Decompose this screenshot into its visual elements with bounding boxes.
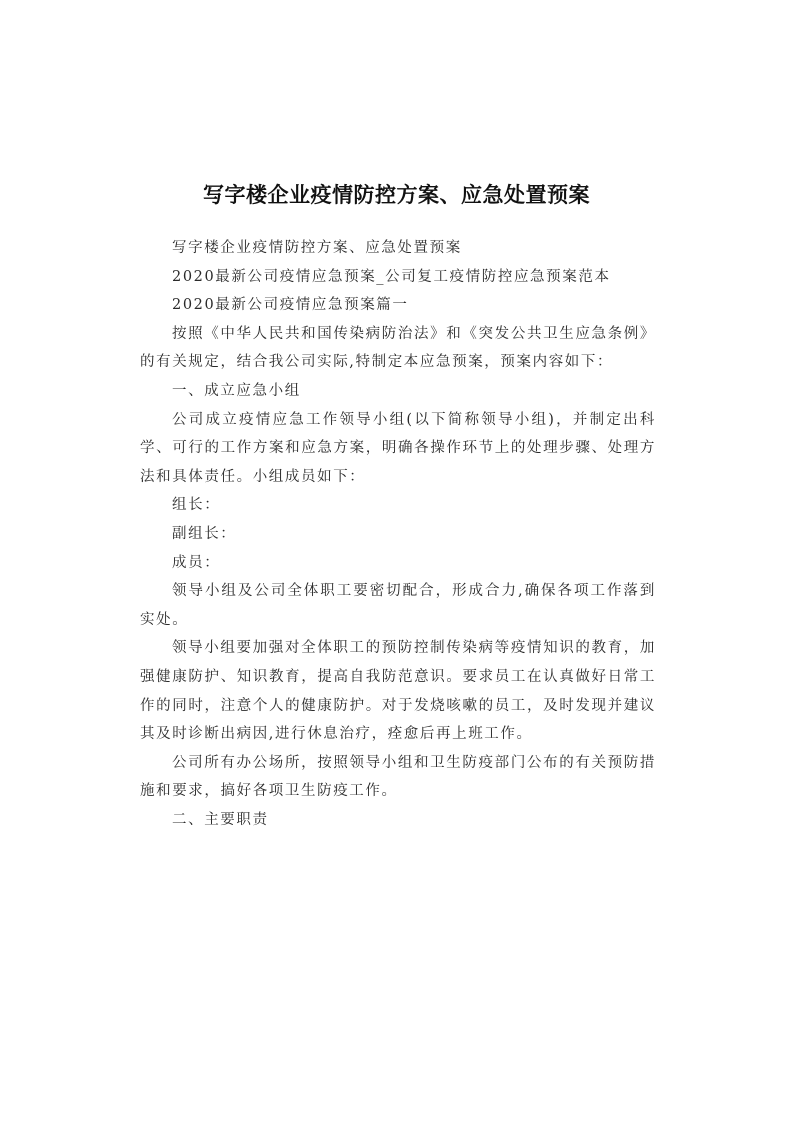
paragraph-cooperation: 领导小组及公司全体职工要密切配合，形成合力,确保各项工作落到实处。 [140, 577, 656, 634]
paragraph-education: 领导小组要加强对全体职工的预防控制传染病等疫情知识的教育，加强健康防护、知识教育… [140, 634, 656, 748]
paragraph-source-title: 2020最新公司疫情应急预案_公司复工疫情防控应急预案范本 [140, 263, 656, 292]
document-title: 写字楼企业疫情防控方案、应急处置预案 [0, 181, 793, 209]
paragraph-part-one: 2020最新公司疫情应急预案篇一 [140, 291, 656, 320]
paragraph-team-setup: 公司成立疫情应急工作领导小组(以下简称领导小组)，并制定出科学、可行的工作方案和… [140, 406, 656, 492]
section-heading-1: 一、成立应急小组 [140, 377, 656, 406]
section-heading-2: 二、主要职责 [140, 806, 656, 835]
paragraph-subtitle: 写字楼企业疫情防控方案、应急处置预案 [140, 234, 656, 263]
paragraph-intro: 按照《中华人民共和国传染病防治法》和《突发公共卫生应急条例》的有关规定，结合我公… [140, 320, 656, 377]
document-body: 写字楼企业疫情防控方案、应急处置预案 2020最新公司疫情应急预案_公司复工疫情… [140, 234, 656, 834]
paragraph-members: 成员： [140, 549, 656, 578]
document-page: 写字楼企业疫情防控方案、应急处置预案 写字楼企业疫情防控方案、应急处置预案 20… [0, 0, 793, 1122]
paragraph-deputy-leader: 副组长： [140, 520, 656, 549]
paragraph-leader: 组长： [140, 491, 656, 520]
paragraph-offices: 公司所有办公场所，按照领导小组和卫生防疫部门公布的有关预防措施和要求，搞好各项卫… [140, 749, 656, 806]
